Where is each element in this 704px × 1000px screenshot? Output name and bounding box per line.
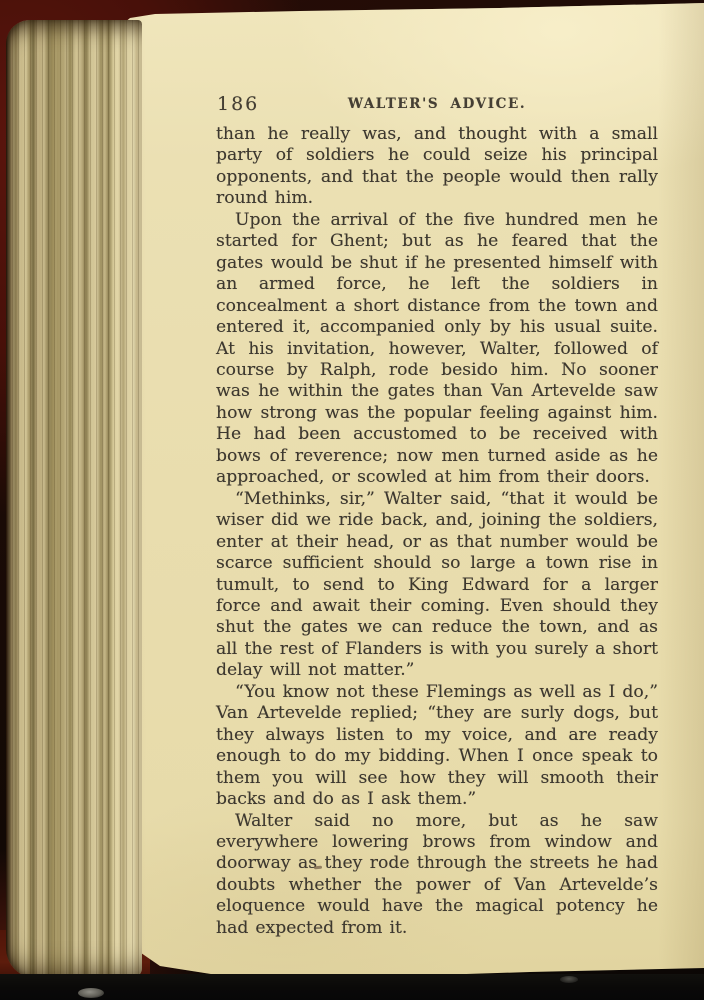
body-text: than he really was, and thought with a s…: [216, 124, 658, 939]
running-header: WALTER'S ADVICE.: [216, 96, 658, 112]
page-edges-stack: [6, 20, 142, 978]
paragraph: “Methinks, sir,” Walter said, “that it w…: [216, 489, 658, 682]
book-page: 186 WALTER'S ADVICE. than he really was,…: [100, 0, 704, 1000]
cradle-highlight: [78, 988, 104, 998]
cradle-highlight: [560, 976, 578, 983]
paragraph: than he really was, and thought with a s…: [216, 124, 658, 210]
paragraph: Upon the arrival of the five hundred men…: [216, 210, 658, 489]
page-header: 186 WALTER'S ADVICE.: [216, 93, 658, 117]
paragraph: Walter said no more, but as he saw every…: [216, 811, 658, 940]
paragraph: “You know not these Flemings as well as …: [216, 682, 658, 811]
scanner-surface: [0, 974, 704, 1000]
